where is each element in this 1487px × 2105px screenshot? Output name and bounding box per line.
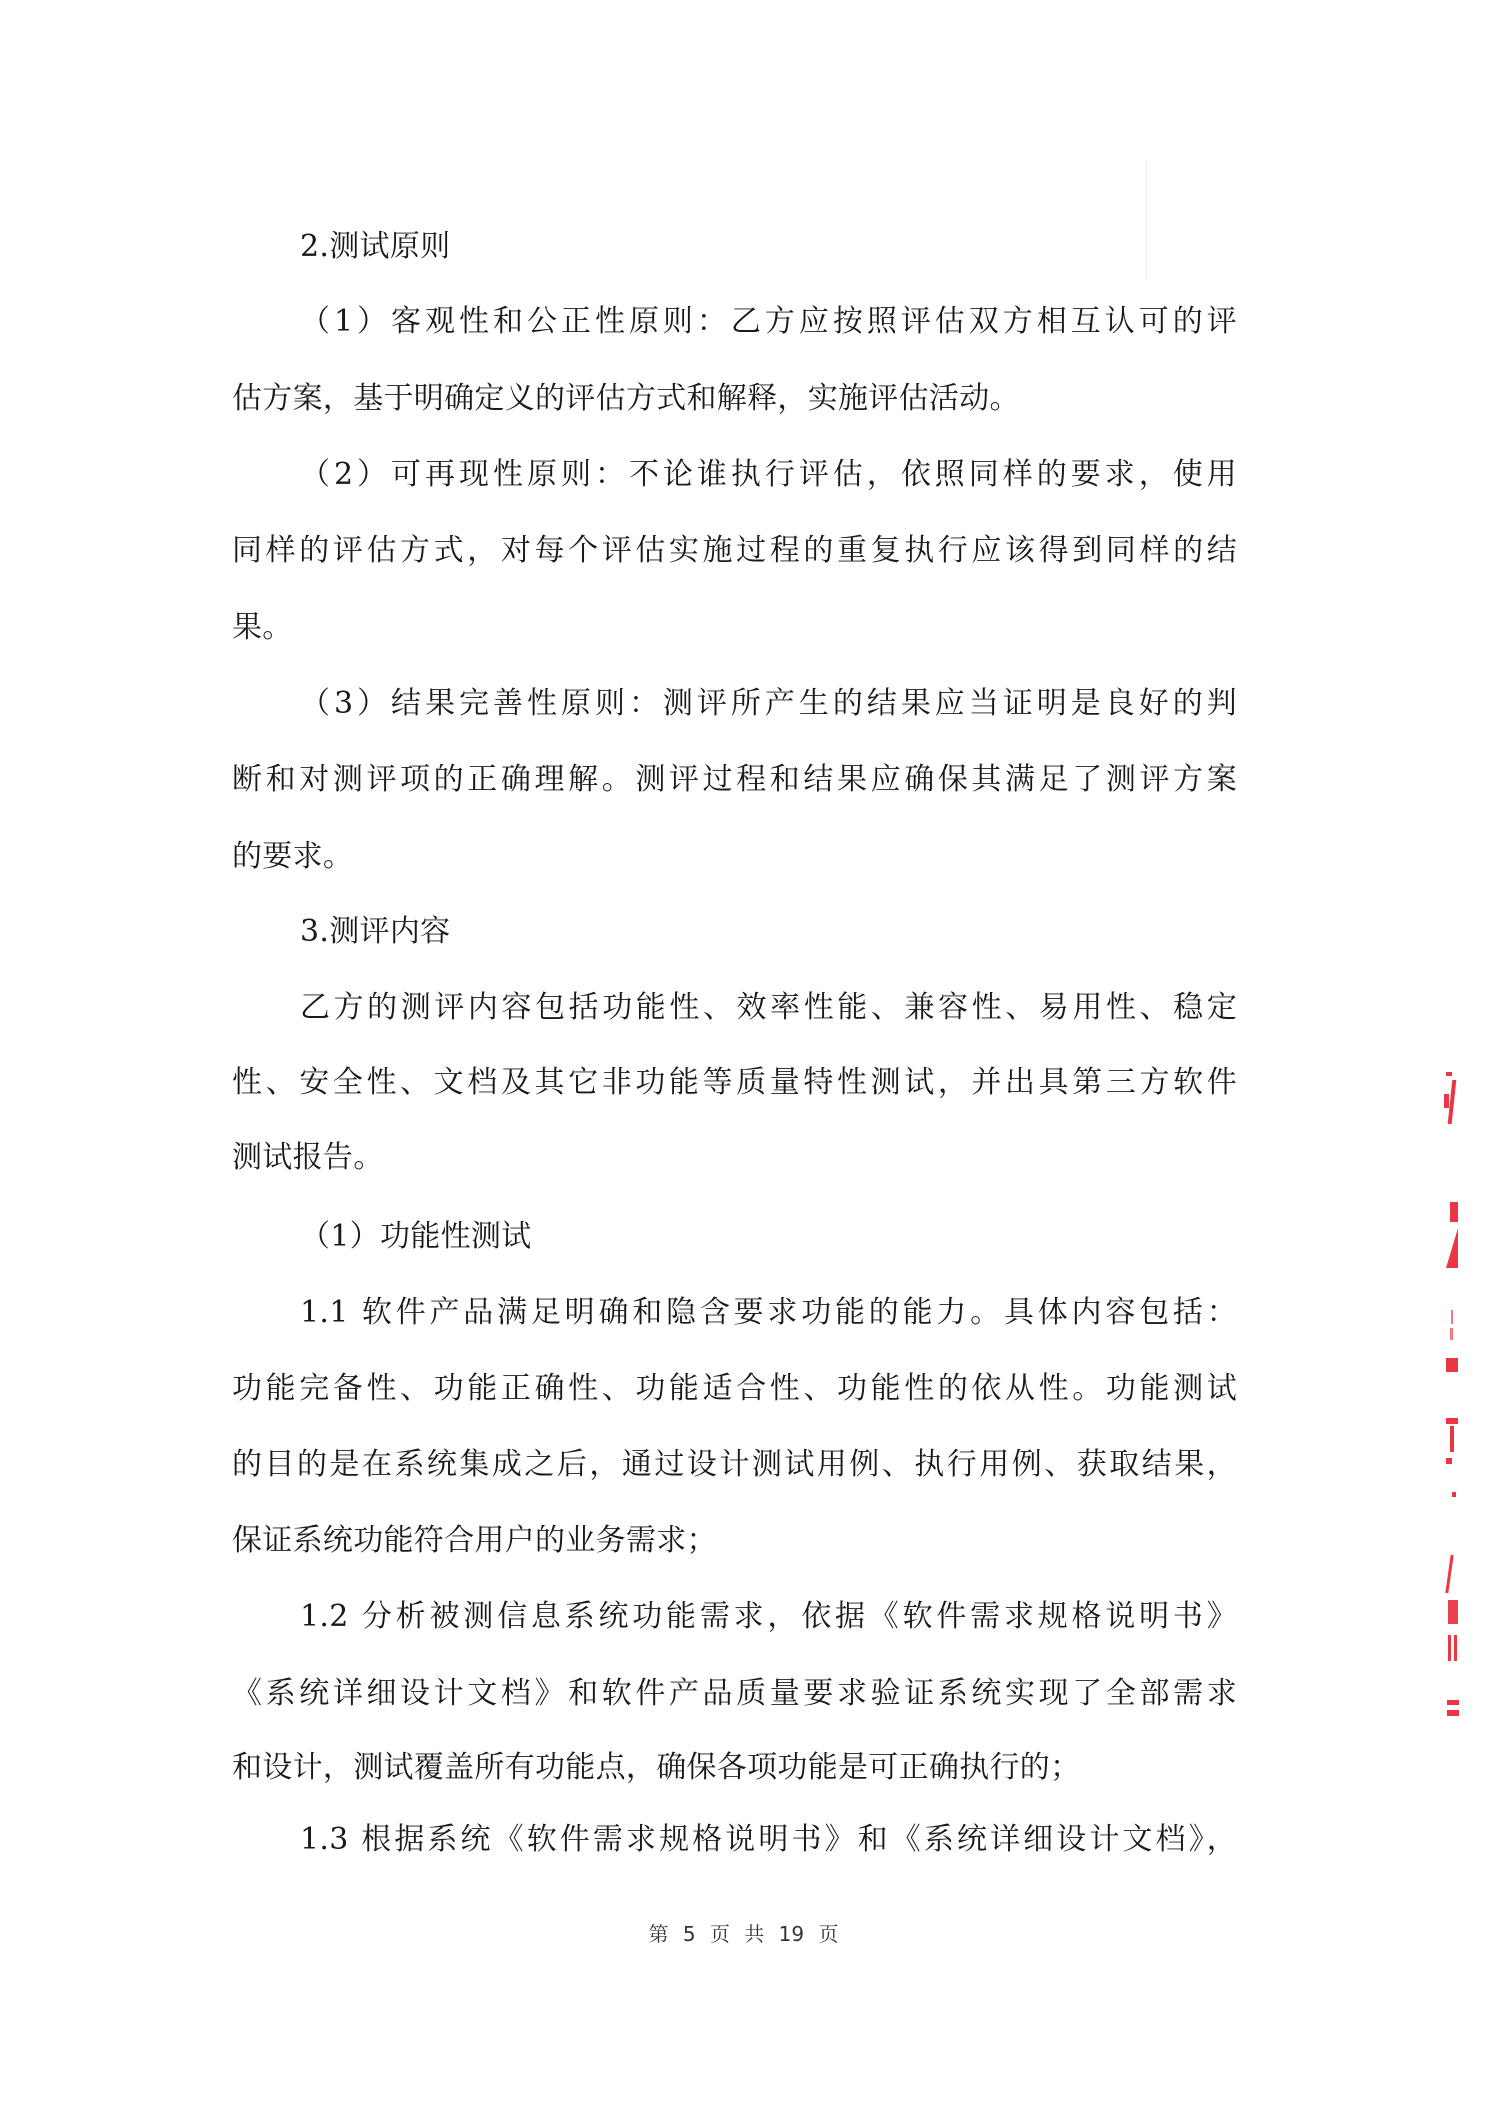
paragraph-line: 断和对测评项的正确理解。测评过程和结果应确保其满足了测评方案 <box>232 760 1237 800</box>
paragraph-line: 保证系统功能符合用户的业务需求； <box>232 1521 1237 1561</box>
section-heading-test-principles: 2.测试原则 <box>300 227 1237 267</box>
paragraph-line: 测试报告。 <box>232 1138 1237 1178</box>
section-heading-evaluation-content: 3.测评内容 <box>300 912 1237 952</box>
paragraph-line: （2）可再现性原则：不论谁执行评估，依照同样的要求，使用 <box>300 455 1237 495</box>
paragraph-line: 同样的评估方式，对每个评估实施过程的重复执行应该得到同样的结 <box>232 531 1237 571</box>
paragraph-line: （1）客观性和公正性原则：乙方应按照评估双方相互认可的评 <box>300 302 1237 342</box>
paragraph-line: 果。 <box>232 608 1237 648</box>
paragraph-line: 的目的是在系统集成之后，通过设计测试用例、执行用例、获取结果， <box>232 1445 1237 1485</box>
red-seal-fragment <box>1440 1060 1470 1780</box>
page-number-footer: 第 5 页 共 19 页 <box>0 1918 1487 1947</box>
paragraph-line: 1.3 根据系统《软件需求规格说明书》和《系统详细设计文档》， <box>300 1820 1237 1860</box>
paragraph-line: （3）结果完善性原则：测评所产生的结果应当证明是良好的判 <box>300 684 1237 724</box>
paragraph-line: 1.1 软件产品满足明确和隐含要求功能的能力。具体内容包括： <box>300 1293 1237 1333</box>
paragraph-line: 功能完备性、功能正确性、功能适合性、功能性的依从性。功能测试 <box>232 1369 1237 1409</box>
subsection-heading-functional-test: （1）功能性测试 <box>300 1217 1237 1257</box>
paragraph-line: 乙方的测评内容包括功能性、效率性能、兼容性、易用性、稳定 <box>300 988 1237 1028</box>
paragraph-line: 和设计，测试覆盖所有功能点，确保各项功能是可正确执行的； <box>232 1748 1237 1788</box>
document-page: 2.测试原则 （1）客观性和公正性原则：乙方应按照评估双方相互认可的评 估方案，… <box>0 0 1487 2105</box>
paragraph-line: 1.2 分析被测信息系统功能需求，依据《软件需求规格说明书》 <box>300 1597 1237 1637</box>
paragraph-line: 的要求。 <box>232 837 1237 877</box>
paragraph-line: 《系统详细设计文档》和软件产品质量要求验证系统实现了全部需求 <box>232 1674 1237 1714</box>
paragraph-line: 性、安全性、文档及其它非功能等质量特性测试，并出具第三方软件 <box>232 1063 1237 1103</box>
paragraph-line: 估方案，基于明确定义的评估方式和解释，实施评估活动。 <box>232 379 1237 419</box>
